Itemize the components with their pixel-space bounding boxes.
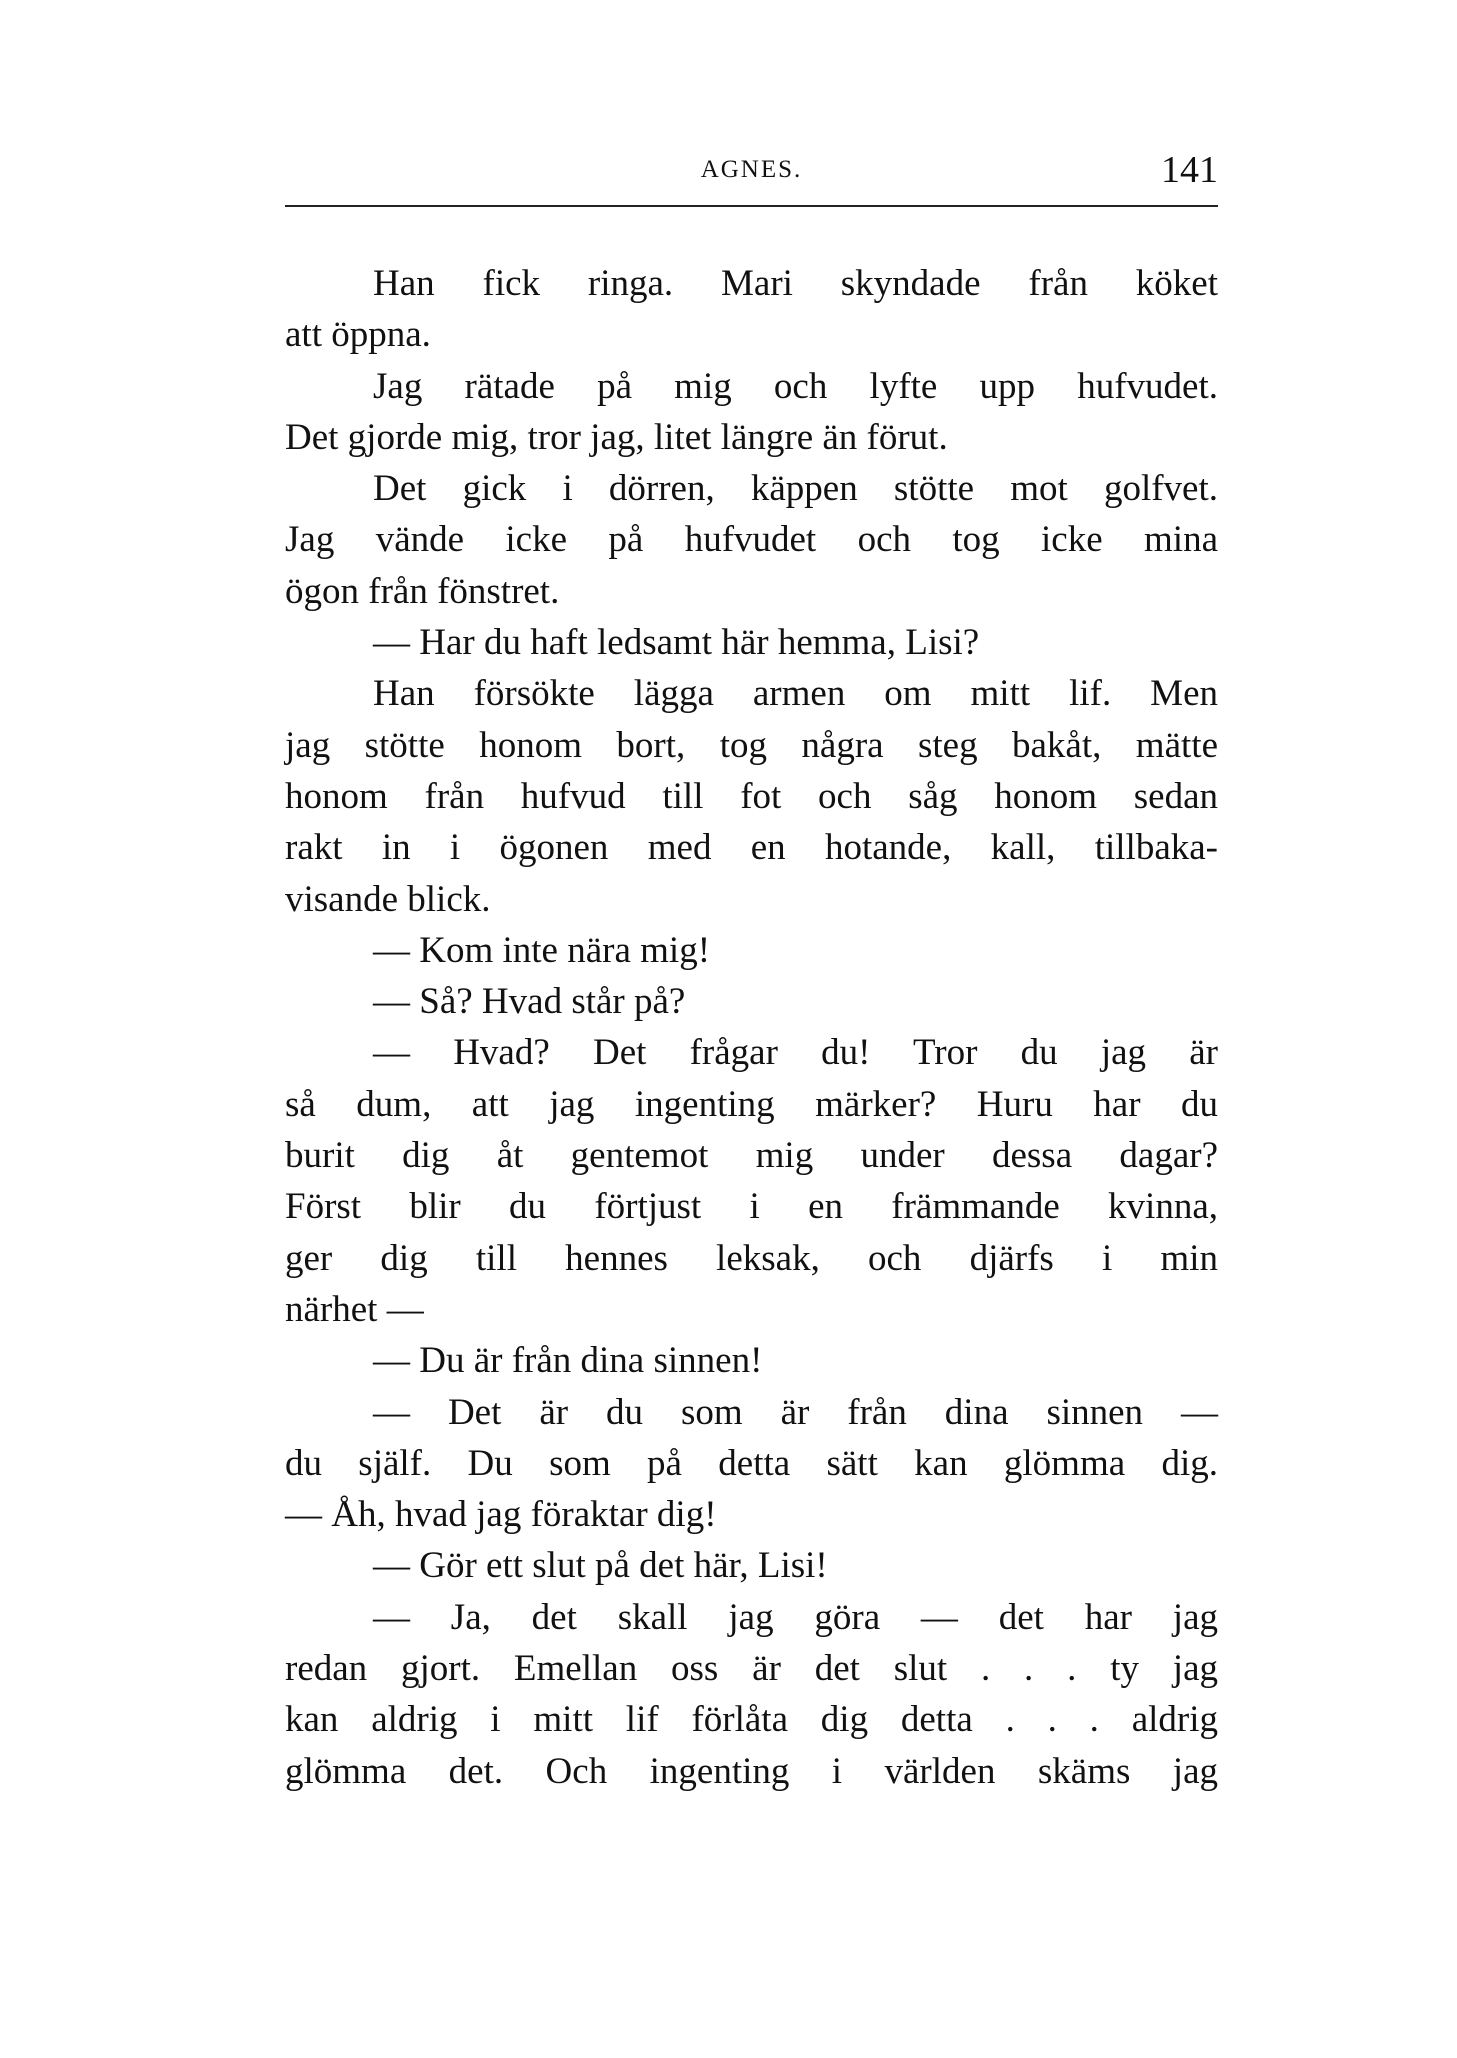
text-line: Han fick ringa. Mari skyndade från köket xyxy=(285,258,1218,309)
text-line: redan gjort. Emellan oss är det slut . .… xyxy=(285,1643,1218,1694)
text-line: rakt in i ögonen med en hotande, kall, t… xyxy=(285,822,1218,873)
text-line: glömma det. Och ingenting i världen skäm… xyxy=(285,1746,1218,1797)
text-line: Jag vände icke på hufvudet och tog icke … xyxy=(285,514,1218,565)
text-line: — Gör ett slut på det här, Lisi! xyxy=(285,1540,1218,1591)
body-text: Han fick ringa. Mari skyndade från köket… xyxy=(285,258,1218,1797)
text-line: — Ja, det skall jag göra — det har jag xyxy=(285,1592,1218,1643)
text-line: att öppna. xyxy=(285,309,1218,360)
text-line: ögon från fönstret. xyxy=(285,566,1218,617)
text-line: — Det är du som är från dina sinnen — xyxy=(285,1387,1218,1438)
text-line: Först blir du förtjust i en främmande kv… xyxy=(285,1181,1218,1232)
text-line: Han försökte lägga armen om mitt lif. Me… xyxy=(285,668,1218,719)
text-line: Det gjorde mig, tror jag, litet längre ä… xyxy=(285,412,1218,463)
text-line: du själf. Du som på detta sätt kan glömm… xyxy=(285,1438,1218,1489)
text-line: burit dig åt gentemot mig under dessa da… xyxy=(285,1130,1218,1181)
text-line: Det gick i dörren, käppen stötte mot gol… xyxy=(285,463,1218,514)
header-rule xyxy=(285,205,1218,207)
running-title: AGNES. xyxy=(285,156,1218,184)
text-line: honom från hufvud till fot och såg honom… xyxy=(285,771,1218,822)
text-line: så dum, att jag ingenting märker? Huru h… xyxy=(285,1079,1218,1130)
text-line: — Åh, hvad jag föraktar dig! xyxy=(285,1489,1218,1540)
text-line: ger dig till hennes leksak, och djärfs i… xyxy=(285,1233,1218,1284)
text-line: — Kom inte nära mig! xyxy=(285,925,1218,976)
page-number: 141 xyxy=(1161,148,1218,192)
text-line: visande blick. xyxy=(285,874,1218,925)
text-line: kan aldrig i mitt lif förlåta dig detta … xyxy=(285,1694,1218,1745)
text-line: — Så? Hvad står på? xyxy=(285,976,1218,1027)
text-line: — Du är från dina sinnen! xyxy=(285,1335,1218,1386)
text-line: Jag rätade på mig och lyfte upp hufvudet… xyxy=(285,361,1218,412)
text-line: — Har du haft ledsamt här hemma, Lisi? xyxy=(285,617,1218,668)
text-line: jag stötte honom bort, tog några steg ba… xyxy=(285,720,1218,771)
text-line: närhet — xyxy=(285,1284,1218,1335)
text-line: — Hvad? Det frågar du! Tror du jag är xyxy=(285,1027,1218,1078)
running-header: AGNES. 141 xyxy=(285,150,1218,200)
